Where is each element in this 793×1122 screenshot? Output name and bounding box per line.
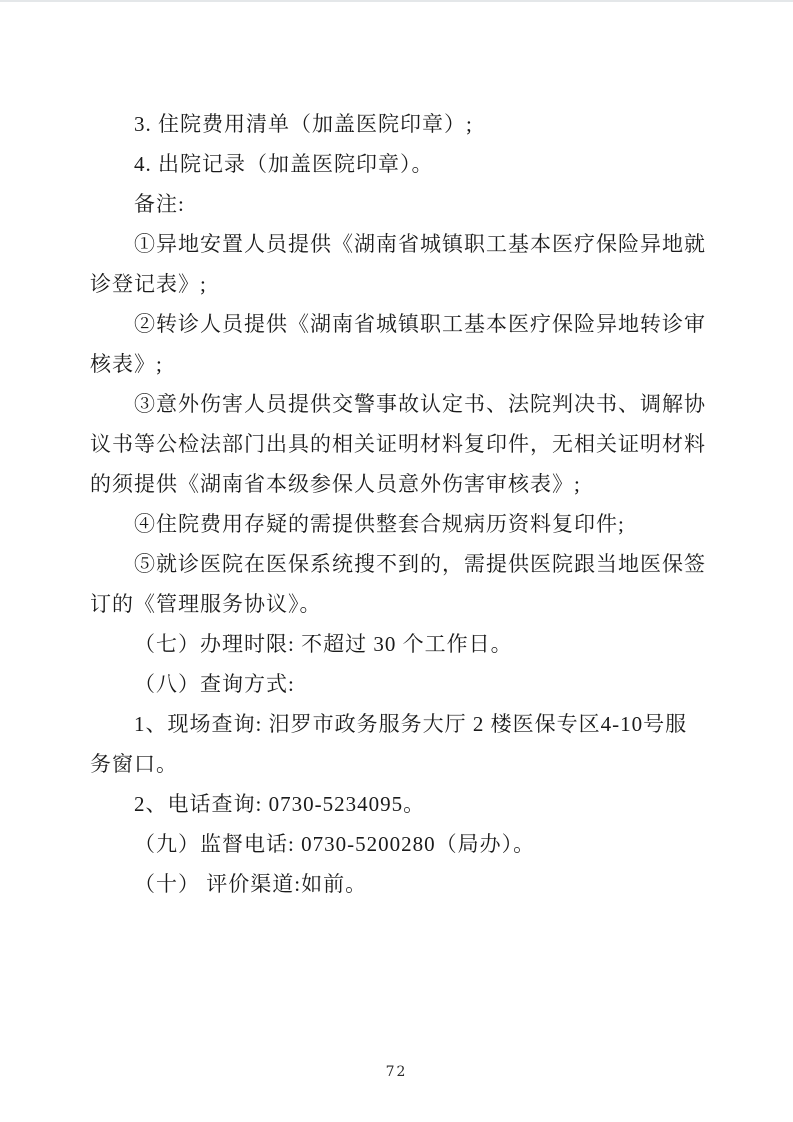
text-line: 诊登记表》; xyxy=(90,264,710,304)
text-line: ③意外伤害人员提供交警事故认定书、法院判决书、调解协 xyxy=(90,384,710,424)
text-line: （七）办理时限: 不超过 30 个工作日。 xyxy=(90,624,710,664)
text-line: 2、电话查询: 0730-5234095。 xyxy=(90,784,710,824)
text-line: ④住院费用存疑的需提供整套合规病历资料复印件; xyxy=(90,504,710,544)
text-line: ①异地安置人员提供《湖南省城镇职工基本医疗保险异地就 xyxy=(90,224,710,264)
document-page: 3. 住院费用清单（加盖医院印章）; 4. 出院记录（加盖医院印章）。 备注: … xyxy=(0,0,793,1122)
page-number: 72 xyxy=(0,1064,793,1080)
text-line: 的须提供《湖南省本级参保人员意外伤害审核表》; xyxy=(90,464,710,504)
text-line: 议书等公检法部门出具的相关证明材料复印件，无相关证明材料 xyxy=(90,424,710,464)
document-body: 3. 住院费用清单（加盖医院印章）; 4. 出院记录（加盖医院印章）。 备注: … xyxy=(90,104,710,904)
text-line: 3. 住院费用清单（加盖医院印章）; xyxy=(90,104,710,144)
text-line: 订的《管理服务协议》。 xyxy=(90,584,710,624)
text-line: 4. 出院记录（加盖医院印章）。 xyxy=(90,144,710,184)
text-line: （八）查询方式: xyxy=(90,664,710,704)
text-line: 备注: xyxy=(90,184,710,224)
text-line: 1、现场查询: 汨罗市政务服务大厅 2 楼医保专区4-10号服 xyxy=(90,704,710,744)
text-line: 务窗口。 xyxy=(90,744,710,784)
text-line: （九）监督电话: 0730-5200280（局办）。 xyxy=(90,824,710,864)
text-line: ⑤就诊医院在医保系统搜不到的，需提供医院跟当地医保签 xyxy=(90,544,710,584)
text-line: （十） 评价渠道:如前。 xyxy=(90,864,710,904)
text-line: ②转诊人员提供《湖南省城镇职工基本医疗保险异地转诊审 xyxy=(90,304,710,344)
text-line: 核表》; xyxy=(90,344,710,384)
